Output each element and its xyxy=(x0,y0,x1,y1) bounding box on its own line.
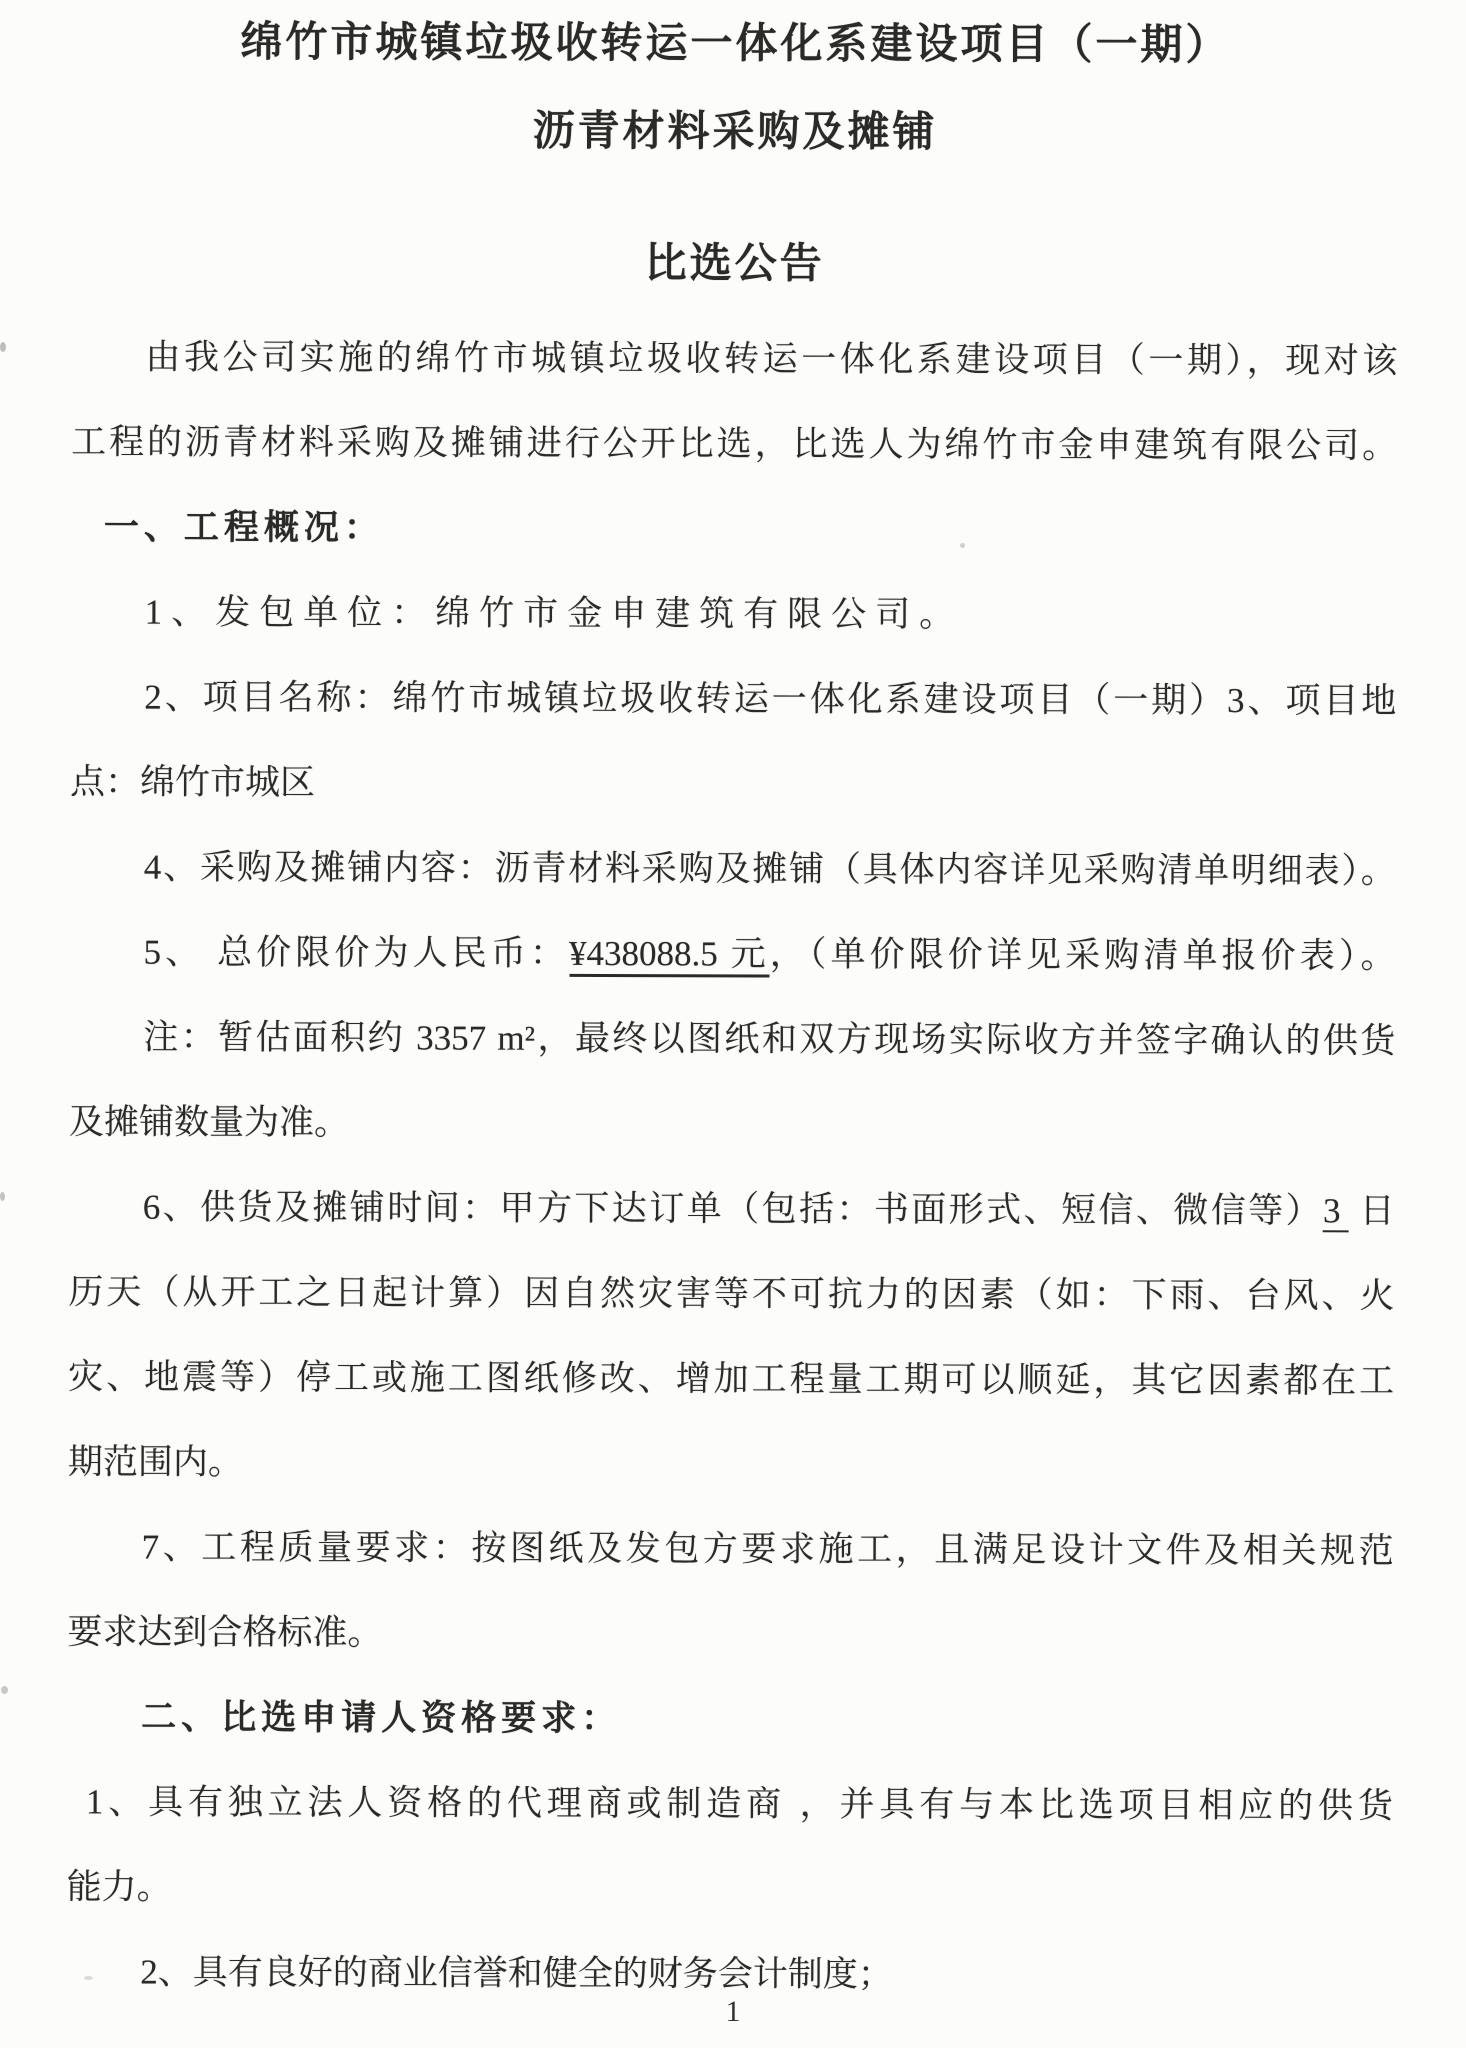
section1-item7-quality-line1: 7、工程质量要求：按图纸及发包方要求施工，且满足设计文件及相关规范 xyxy=(68,1504,1394,1593)
section2-heading: 二、比选申请人资格要求： xyxy=(67,1674,1393,1763)
note-line2: 及摊铺数量为准。 xyxy=(69,1079,1395,1168)
scan-artifact xyxy=(0,1192,5,1201)
days-value-underlined: 3 xyxy=(1323,1191,1349,1232)
section1-item3-location-line2: 点：绵竹市城区 xyxy=(70,739,1396,828)
intro-line1: 由我公司实施的绵竹市城镇垃圾收转运一体化系建设项目（一期），现对该 xyxy=(71,314,1397,403)
section1-item2-project-name-line1: 2、项目名称：绵竹市城镇垃圾收转运一体化系建设项目（一期）3、项目地 xyxy=(70,654,1396,743)
price-prefix: 5、 总价限价为人民币： xyxy=(143,933,569,973)
note-line1: 注：暂估面积约 3357 m²，最终以图纸和双方现场实际收方并签字确认的供货 xyxy=(69,994,1395,1083)
intro-line2: 工程的沥青材料采购及摊铺进行公开比选，比选人为绵竹市金申建筑有限公司。 xyxy=(71,399,1397,488)
doc-title-project: 绵竹市城镇垃圾收转运一体化系建设项目（一期） xyxy=(72,0,1398,91)
section1-item7-line2: 要求达到合格标准。 xyxy=(67,1589,1393,1678)
section1-item5-price-limit: 5、 总价限价为人民币：¥438088.5 元，（单价限价详见采购清单报价表）。 xyxy=(69,909,1395,998)
section1-heading: 一、工程概况： xyxy=(71,484,1397,573)
document-content: 绵竹市城镇垃圾收转运一体化系建设项目（一期） 沥青材料采购及摊铺 比选公告 由我… xyxy=(66,0,1398,2018)
price-value-underlined: ¥438088.5 元 xyxy=(569,934,770,978)
delivery-time-prefix: 6、供货及摊铺时间：甲方下达订单（包括：书面形式、短信、微信等） xyxy=(143,1188,1323,1231)
price-suffix: ，（单价限价详见采购清单报价表）。 xyxy=(770,935,1396,976)
doc-title-announcement: 比选公告 xyxy=(72,218,1398,310)
section2-item1-line2: 能力。 xyxy=(66,1844,1392,1933)
section1-item6-delivery-time-line1: 6、供货及摊铺时间：甲方下达订单（包括：书面形式、短信、微信等）3 日 xyxy=(69,1164,1395,1253)
scanned-document-page: 绵竹市城镇垃圾收转运一体化系建设项目（一期） 沥青材料采购及摊铺 比选公告 由我… xyxy=(0,0,1466,2048)
section1-item1-contracting-unit: 1、发包单位：绵竹市金申建筑有限公司。 xyxy=(70,569,1396,658)
section2-item1-line1: 1、具有独立法人资格的代理商或制造商 ，并具有与本比选项目相应的供货 xyxy=(67,1759,1393,1848)
section1-item4-procurement-content: 4、采购及摊铺内容：沥青材料采购及摊铺（具体内容详见采购清单明细表）。 xyxy=(70,824,1396,913)
scan-artifact xyxy=(1,1686,8,1694)
doc-title-subject: 沥青材料采购及摊铺 xyxy=(72,86,1398,178)
section1-item6-line2: 历天（从开工之日起计算）因自然灾害等不可抗力的因素（如：下雨、台风、火 xyxy=(68,1249,1394,1338)
section1-item6-line3: 灾、地震等）停工或施工图纸修改、增加工程量工期可以顺延，其它因素都在工 xyxy=(68,1334,1394,1423)
page-number: 1 xyxy=(0,1992,1466,2032)
delivery-time-suffix: 日 xyxy=(1348,1191,1394,1230)
scan-artifact xyxy=(0,342,6,352)
section1-item6-line4: 期范围内。 xyxy=(68,1419,1394,1508)
